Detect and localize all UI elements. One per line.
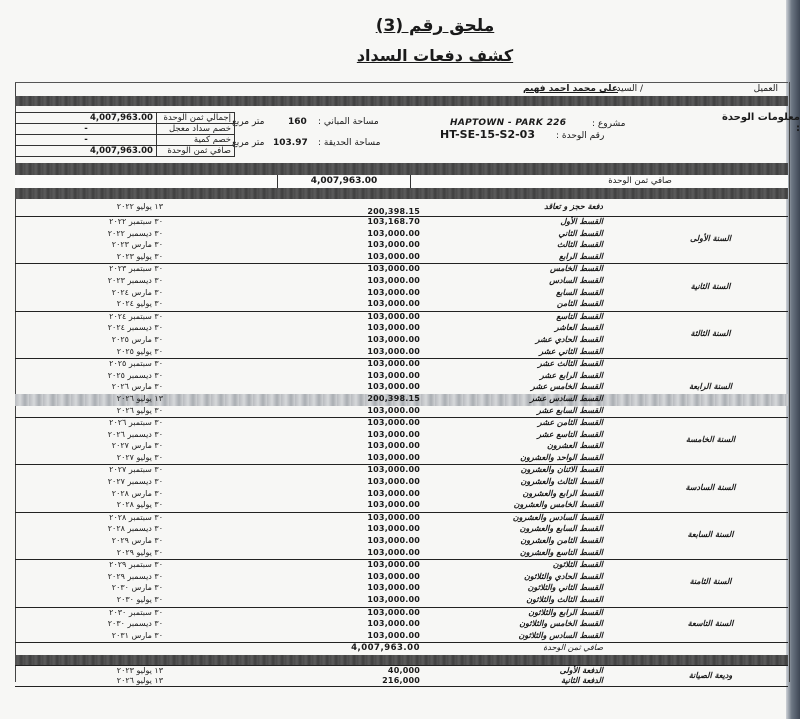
installment-label: القسط الرابع والثلاثون [528,608,603,617]
price-summary-table: 4,007,963.00 إجمالي ثمن الوحدة - خصم سدا… [15,112,235,157]
installment-label: القسط الثامن عشر [538,418,603,427]
installment-date: ٣٠ يوليو ٢٠٢٤ [117,299,163,308]
price-row: 4,007,963.00 صافي ثمن الوحدة [16,146,235,157]
installment-amount: 103,000.00 [355,406,420,415]
year-group: ٣٠ سبتمبر ٢٠٢٩103,000.00القسط الثلاثون٣٠… [15,559,788,606]
down-payment-row: ١٣ يوليو ٢٠٢٢ 200,398.15 دفعة حجز و تعاق… [15,199,788,216]
installment-row: ٣٠ يوليو ٢٠٣٠103,000.00القسط الثالث والث… [15,595,788,607]
garden-area-value: 103.97 [273,138,308,148]
year-label: السنة السادسة [663,483,758,492]
year-label: السنة السابعة [663,530,758,539]
installment-date: ٣٠ مارس ٢٠٢٧ [112,441,163,450]
payment-label: دفعة حجز و تعاقد [544,202,603,211]
year-label: السنة الثانية [663,282,758,291]
installment-date: ٣٠ ديسمبر ٢٠٢٣ [108,276,163,285]
installment-label: القسط السادس والعشرون [513,513,603,522]
installment-row: ٣٠ سبتمبر ٢٠٢٨103,000.00القسط السادس وال… [15,513,788,525]
installment-date: ٣٠ ديسمبر ٢٠٢٤ [108,323,163,332]
installment-amount: 103,000.00 [355,240,420,249]
payment-date: ١٣ يوليو ٢٠٢٦ [117,676,163,685]
installment-label: القسط التاسع والعشرون [520,548,603,557]
building-area-unit: متر مربع [232,117,264,127]
installment-label: القسط الخامس [550,264,603,273]
payment-date: ١٣ يوليو ٢٠٢٣ [117,666,163,675]
installment-label: القسط الثامن [557,299,603,308]
installment-label: القسط الحادي والثلاثون [524,572,603,581]
installment-label: القسط السادس [549,276,603,285]
price-row: - خصم كمية [16,135,235,146]
price-label: خصم سداد معجل [156,124,234,135]
installment-amount: 200,398.15 [355,394,420,403]
installment-amount: 103,000.00 [355,453,420,462]
installment-date: ٣٠ ديسمبر ٢٠٢٥ [108,371,163,380]
total-row: 4,007,963.00 صافي ثمن الوحدة [15,642,788,655]
installment-amount: 103,000.00 [355,229,420,238]
divider [15,82,788,83]
installment-label: القسط الرابع والعشرون [523,489,603,498]
installment-amount: 103,000.00 [355,524,420,533]
installment-label: القسط الثاني [558,229,603,238]
installment-amount: 103,000.00 [355,359,420,368]
installment-row: ٣٠ سبتمبر ٢٠٢٧103,000.00القسط الاثنان وا… [15,465,788,477]
installment-amount: 103,000.00 [355,299,420,308]
installment-label: القسط الخامس والثلاثون [519,619,603,628]
installment-amount: 103,000.00 [355,312,420,321]
section-band [15,188,788,199]
year-group: ٣٠ سبتمبر ٢٠٢٢103,168.70القسط الأول٣٠ دي… [15,216,788,263]
maintenance-payment-row: ١٣ يوليو ٢٠٢٣40,000الدفعة الأولى [15,666,788,676]
document-subtitle: كشف دفعات السداد [345,46,525,65]
installment-label: القسط السادس والثلاثون [518,631,603,640]
year-label: السنة الرابعة [663,382,758,391]
year-group: ٣٠ سبتمبر ٢٠٣٠103,000.00القسط الرابع وال… [15,607,788,643]
installment-date: ٣٠ سبتمبر ٢٠٢٤ [109,312,163,321]
installment-date: ٣٠ سبتمبر ٢٠٢٣ [109,264,163,273]
payment-date: ١٣ يوليو ٢٠٢٢ [117,202,163,211]
installment-row: ٣٠ سبتمبر ٢٠٢٣103,000.00القسط الخامس [15,264,788,276]
installment-date: ٣٠ يوليو ٢٠٢٦ [117,406,163,415]
installment-label: القسط الثاني عشر [539,347,603,356]
year-group: ٣٠ سبتمبر ٢٠٢٦103,000.00القسط الثامن عشر… [15,417,788,464]
installment-amount: 103,000.00 [355,323,420,332]
document-title: ملحق رقم (3) [355,16,515,36]
installment-amount: 103,000.00 [355,583,420,592]
installment-row: ٣٠ مارس ٢٠٣١103,000.00القسط السادس والثل… [15,631,788,643]
price-row: 4,007,963.00 إجمالي ثمن الوحدة [16,113,235,124]
garden-area-unit: متر مربع [232,138,264,148]
installment-row: ٣٠ سبتمبر ٢٠٣٠103,000.00القسط الرابع وال… [15,608,788,620]
installment-row: ٣٠ سبتمبر ٢٠٢٤103,000.00القسط التاسع [15,312,788,324]
installment-label: القسط الحادي عشر [536,335,603,344]
installment-label: القسط التاسع [556,312,603,321]
installment-date: ٣٠ ديسمبر ٢٠٢٦ [108,430,163,439]
installment-amount: 103,000.00 [355,513,420,522]
installment-amount: 103,000.00 [355,418,420,427]
years-container: ٣٠ سبتمبر ٢٠٢٢103,168.70القسط الأول٣٠ دي… [15,216,788,642]
year-group: ٣٠ سبتمبر ٢٠٢٥103,000.00القسط الثالث عشر… [15,358,788,417]
maintenance-payment-row: ١٣ يوليو ٢٠٢٦216,000الدفعة الثانية [15,676,788,686]
installment-label: القسط الرابع [559,252,603,261]
installment-label: القسط الرابع عشر [540,371,603,380]
project-value: HAPTOWN - PARK 226 [450,118,566,128]
building-area-label: مساحة المباني : [318,117,379,127]
installment-label: القسط الثالث عشر [538,359,603,368]
customer-label: العميل [754,84,778,94]
total-label: صافي ثمن الوحدة [543,643,603,652]
installment-row: ٣٠ سبتمبر ٢٠٢٩103,000.00القسط الثلاثون [15,560,788,572]
installment-row: ٣٠ يوليو ٢٠٢٤103,000.00القسط الثامن [15,299,788,311]
installment-date: ٣٠ مارس ٢٠٢٥ [112,335,163,344]
installment-date: ٣٠ يوليو ٢٠٢٥ [117,347,163,356]
unit-number-label: رقم الوحدة : [556,131,604,141]
installment-amount: 103,168.70 [355,217,420,226]
installment-label: القسط الاثنان والعشرون [521,465,603,474]
year-label: السنة الأولى [663,234,758,243]
installment-amount: 103,000.00 [355,371,420,380]
unit-info-label: معلومات الوحدة : [718,112,800,134]
net-price-value: 4,007,963.00 [277,175,411,188]
installment-row: ٣٠ ديسمبر ٢٠٢٥103,000.00القسط الرابع عشر [15,371,788,383]
installment-date: ٣٠ ديسمبر ٢٠٢٧ [108,477,163,486]
net-price-row: 4,007,963.00 صافي ثمن الوحدة [15,175,788,188]
installment-amount: 103,000.00 [355,335,420,344]
payment-amount: 216,000 [355,676,420,685]
total-amount: 4,007,963.00 [345,643,420,653]
installment-label: القسط الواحد والعشرون [520,453,603,462]
installment-row: ٣٠ يوليو ٢٠٢٦103,000.00القسط السابع عشر [15,406,788,418]
installment-row: ٣٠ يوليو ٢٠٢٥103,000.00القسط الثاني عشر [15,347,788,359]
installment-label: القسط الثالث [557,240,603,249]
installment-label: القسط التاسع عشر [537,430,603,439]
installment-amount: 103,000.00 [355,572,420,581]
installment-label: القسط الخامس عشر [531,382,603,391]
installment-date: ٣٠ مارس ٢٠٢٦ [112,382,163,391]
installment-date: ٣٠ يوليو ٢٠٢٣ [117,252,163,261]
installment-label: القسط السابع عشر [537,406,603,415]
installment-date: ٣٠ مارس ٢٠٢٣ [112,240,163,249]
year-label: السنة الخامسة [663,435,758,444]
installment-date: ٣٠ سبتمبر ٢٠٢٨ [109,513,163,522]
installment-amount: 103,000.00 [355,382,420,391]
year-group: ٣٠ سبتمبر ٢٠٢٧103,000.00القسط الاثنان وا… [15,464,788,511]
installment-amount: 103,000.00 [355,631,420,640]
installment-label: القسط السابع [556,288,603,297]
installment-amount: 103,000.00 [355,560,420,569]
unit-number-value: HT-SE-15-S2-03 [440,128,535,141]
installment-amount: 103,000.00 [355,264,420,273]
section-band [15,655,788,665]
section-band [15,163,788,175]
year-label: السنة الثالثة [663,329,758,338]
customer-title: السيد / [616,84,643,94]
installment-amount: 103,000.00 [355,608,420,617]
installment-amount: 103,000.00 [355,288,420,297]
customer-row: العميل السيد / علي محمد احمد فهيم [15,84,788,96]
installment-amount: 103,000.00 [355,619,420,628]
installment-date: ٣٠ سبتمبر ٢٠٣٠ [109,608,163,617]
installment-label: القسط الثالث والعشرون [521,477,603,486]
installment-amount: 103,000.00 [355,595,420,604]
price-label: إجمالي ثمن الوحدة [156,113,234,124]
installment-amount: 103,000.00 [355,548,420,557]
installment-label: القسط السادس عشر [530,394,603,403]
installment-date: ٣٠ مارس ٢٠٢٨ [112,489,163,498]
year-label: السنة الثامنة [663,577,758,586]
installment-date: ٣٠ ديسمبر ٢٠٢٩ [108,572,163,581]
installment-row: ١٣ يوليو ٢٠٢٦200,398.15القسط السادس عشر [15,394,788,406]
installment-date: ٣٠ يوليو ٢٠٣٠ [117,595,163,604]
installment-date: ٣٠ مارس ٢٠٢٤ [112,288,163,297]
installment-date: ٣٠ سبتمبر ٢٠٢٩ [109,560,163,569]
installment-row: ٣٠ يوليو ٢٠٢٣103,000.00القسط الرابع [15,252,788,264]
payment-amount: 200,398.15 [355,207,420,216]
price-value: - [16,135,157,146]
installment-date: ٣٠ ديسمبر ٢٠٢٢ [108,229,163,238]
installment-date: ٣٠ يوليو ٢٠٢٧ [117,453,163,462]
installment-amount: 103,000.00 [355,276,420,285]
installment-amount: 103,000.00 [355,441,420,450]
price-row: - خصم سداد معجل [16,124,235,135]
installment-amount: 103,000.00 [355,347,420,356]
building-area-value: 160 [288,117,307,127]
installment-row: ٣٠ سبتمبر ٢٠٢٦103,000.00القسط الثامن عشر [15,418,788,430]
installment-date: ٣٠ يوليو ٢٠٢٩ [117,548,163,557]
installment-amount: 103,000.00 [355,465,420,474]
installment-label: القسط الثالث والثلاثون [526,595,603,604]
garden-area-label: مساحة الحديقة : [318,138,380,148]
price-value: 4,007,963.00 [16,113,157,124]
price-label: صافي ثمن الوحدة [156,146,234,157]
payment-label: الدفعة الثانية [561,676,603,685]
price-label: خصم كمية [156,135,234,146]
header-band [15,96,788,106]
price-value: 4,007,963.00 [16,146,157,157]
installment-date: ٣٠ ديسمبر ٢٠٢٨ [108,524,163,533]
installment-label: القسط الخامس والعشرون [514,500,603,509]
maintenance-group: وديعة الصيانة١٣ يوليو ٢٠٢٣40,000الدفعة ا… [15,665,788,687]
project-label: مشروع : [592,119,625,129]
customer-name: علي محمد احمد فهيم [523,84,618,94]
installment-label: القسط السابع والعشرون [520,524,603,533]
installment-row: ٣٠ سبتمبر ٢٠٢٥103,000.00القسط الثالث عشر [15,359,788,371]
installment-label: القسط العاشر [555,323,603,332]
installment-row: ٣٠ يوليو ٢٠٢٧103,000.00القسط الواحد والع… [15,453,788,465]
installment-label: القسط العشرون [547,441,603,450]
installment-amount: 103,000.00 [355,500,420,509]
installment-date: ٣٠ سبتمبر ٢٠٢٢ [109,217,163,226]
installment-date: ٣٠ سبتمبر ٢٠٢٧ [109,465,163,474]
year-group: ٣٠ سبتمبر ٢٠٢٤103,000.00القسط التاسع٣٠ د… [15,311,788,358]
net-price-label: صافي ثمن الوحدة [575,175,705,188]
payment-schedule: ١٣ يوليو ٢٠٢٢ 200,398.15 دفعة حجز و تعاق… [15,199,788,687]
installment-label: القسط الثلاثون [553,560,603,569]
installment-amount: 103,000.00 [355,252,420,261]
price-value: - [16,124,157,135]
installment-date: ٣٠ ديسمبر ٢٠٣٠ [108,619,163,628]
installment-row: ٣٠ سبتمبر ٢٠٢٢103,168.70القسط الأول [15,217,788,229]
installment-date: ٣٠ يوليو ٢٠٢٨ [117,500,163,509]
year-group: ٣٠ سبتمبر ٢٠٢٣103,000.00القسط الخامس٣٠ د… [15,263,788,310]
installment-date: ٣٠ سبتمبر ٢٠٢٦ [109,418,163,427]
installment-label: القسط الأول [560,217,603,226]
installment-row: ٣٠ يوليو ٢٠٢٩103,000.00القسط التاسع والع… [15,548,788,560]
payment-amount: 40,000 [355,666,420,675]
installment-date: ٣٠ سبتمبر ٢٠٢٥ [109,359,163,368]
payment-label: الدفعة الأولى [560,666,603,675]
installment-date: ٣٠ مارس ٢٠٣١ [112,631,163,640]
installment-date: ٣٠ مارس ٢٠٢٩ [112,536,163,545]
installment-label: القسط الثامن والعشرون [520,536,603,545]
year-label: السنة التاسعة [663,619,758,628]
installment-amount: 103,000.00 [355,536,420,545]
installment-date: ١٣ يوليو ٢٠٢٦ [117,394,163,403]
year-group: ٣٠ سبتمبر ٢٠٢٨103,000.00القسط السادس وال… [15,512,788,559]
installment-amount: 103,000.00 [355,430,420,439]
installment-row: ٣٠ يوليو ٢٠٢٨103,000.00القسط الخامس والع… [15,500,788,512]
installment-label: القسط الثاني والثلاثون [528,583,603,592]
installment-amount: 103,000.00 [355,489,420,498]
installment-amount: 103,000.00 [355,477,420,486]
installment-date: ٣٠ مارس ٢٠٣٠ [112,583,163,592]
